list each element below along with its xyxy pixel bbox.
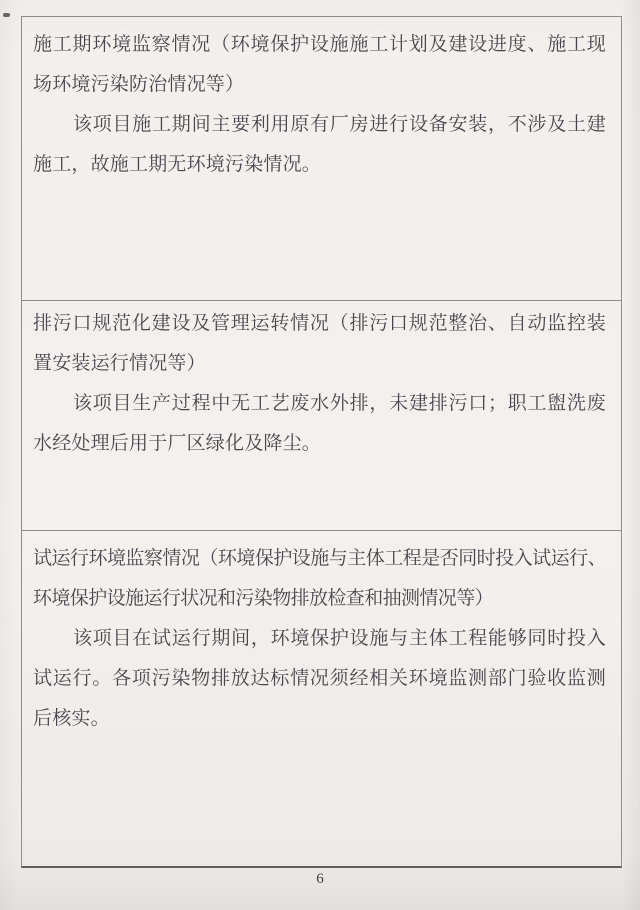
section-title-outfall-standardization: 排污口规范化建设及管理运转情况（排污口规范整治、自动监控装置安装运行情况等） xyxy=(33,304,606,384)
section-construction-period: 施工期环境监察情况（环境保护设施施工计划及建设进度、施工现场环境污染防治情况等）… xyxy=(22,17,621,300)
section-title-trial-operation: 试运行环境监察情况（环境保护设施与主体工程是否同时投入试运行、环境保护设施运行状… xyxy=(33,539,606,619)
inspection-table: 施工期环境监察情况（环境保护设施施工计划及建设进度、施工现场环境污染防治情况等）… xyxy=(21,16,622,868)
scan-artifact-speck xyxy=(3,13,10,17)
section-body-construction-period: 该项目施工期间主要利用原有厂房进行设备安装，不涉及土建施工，故施工期无环境污染情… xyxy=(33,105,606,185)
section-trial-operation: 试运行环境监察情况（环境保护设施与主体工程是否同时投入试运行、环境保护设施运行状… xyxy=(22,530,621,866)
section-title-construction-period: 施工期环境监察情况（环境保护设施施工计划及建设进度、施工现场环境污染防治情况等） xyxy=(33,25,606,105)
section-body-trial-operation: 该项目在试运行期间，环境保护设施与主体工程能够同时投入试运行。各项污染物排放达标… xyxy=(33,619,606,739)
page-number: 6 xyxy=(0,871,640,888)
section-outfall-standardization: 排污口规范化建设及管理运转情况（排污口规范整治、自动监控装置安装运行情况等） 该… xyxy=(22,300,621,530)
section-body-outfall-standardization: 该项目生产过程中无工艺废水外排，未建排污口；职工盥洗废水经处理后用于厂区绿化及降… xyxy=(33,384,606,464)
